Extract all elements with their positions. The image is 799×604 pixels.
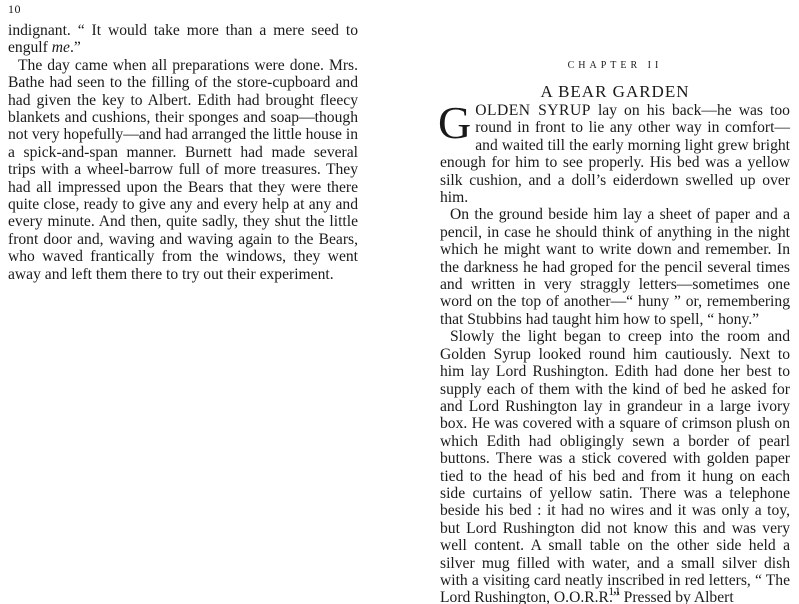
left-page-body: indignant. “ It would take more than a m… <box>8 22 358 283</box>
left-page: 10 indignant. “ It would take more than … <box>0 0 400 604</box>
chapter-title: A BEAR GARDEN <box>440 82 790 102</box>
chapter-label: CHAPTER II <box>440 60 790 71</box>
opening-paragraph: GOLDEN SYRUP lay on his back—he was too … <box>440 102 790 604</box>
page-number-left: 10 <box>8 2 21 17</box>
opening-smallcaps: OLDEN SYRUP <box>475 102 591 119</box>
page-number-right: 11 <box>440 584 790 599</box>
emphasis: me <box>52 39 70 56</box>
right-page: CHAPTER II A BEAR GARDEN GOLDEN SYRUP la… <box>420 0 799 604</box>
drop-cap: G <box>438 105 471 141</box>
paragraph: indignant. “ It would take more than a m… <box>8 22 358 57</box>
paragraph: The day came when all preparations were … <box>8 57 358 283</box>
paragraph: Slowly the light began to creep into the… <box>440 328 790 604</box>
paragraph: On the ground beside him lay a sheet of … <box>440 206 790 328</box>
